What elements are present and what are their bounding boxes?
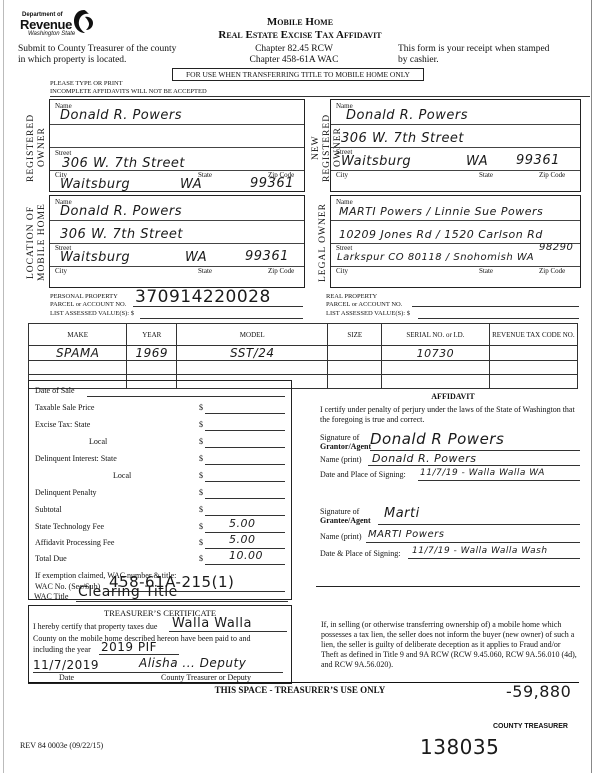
label-line2: Grantor/Agent: [320, 442, 371, 451]
grantee-signature-label: Signature of Grantee/Agent: [320, 507, 371, 525]
submit-line1: Submit to County Treasurer of the county: [18, 44, 218, 55]
cell-make[interactable]: SPAMA: [29, 346, 127, 361]
fee-label: Local: [113, 471, 131, 480]
real-parcel-label: REAL PROPERTY PARCEL or ACCOUNT NO.: [326, 293, 402, 308]
label-line1: Signature of: [320, 507, 371, 516]
legal-owner-box: Name MARTI Powers / Linnie Sue Powers 10…: [330, 195, 581, 288]
col-serial: SERIAL NO. or I.D.: [382, 324, 490, 346]
registered-owner-section-label: REGISTERED OWNER: [26, 100, 50, 195]
new-owner-name[interactable]: Donald R. Powers: [346, 108, 468, 123]
cell-size[interactable]: [328, 346, 382, 361]
rule: [331, 147, 580, 148]
treasurer-line3: including the year: [33, 645, 91, 654]
city-label: City: [336, 171, 348, 179]
rule: [50, 220, 304, 221]
fee-label: Delinquent Interest: State: [35, 454, 117, 463]
label-line2: PARCEL or ACCOUNT NO.: [326, 301, 402, 309]
taxable-sale-price-field[interactable]: [205, 413, 285, 414]
label-line1: Signature of: [320, 433, 371, 442]
new-owner-street[interactable]: 306 W. 7th Street: [341, 131, 464, 146]
zip-label: Zip Code: [268, 267, 294, 275]
rule: [50, 124, 304, 125]
table-row: [29, 361, 578, 375]
legal-owner-city[interactable]: Larkspur CO 80118 / Snohomish WA: [337, 252, 534, 263]
dollar-sign: $: [199, 505, 203, 514]
instruction-line2: INCOMPLETE AFFIDAVITS WILL NOT BE ACCEPT…: [50, 88, 207, 96]
date-of-sale-field[interactable]: [87, 396, 285, 397]
city-label: City: [336, 267, 348, 275]
rule: [169, 631, 287, 632]
excise-state-field[interactable]: [205, 430, 285, 431]
for-use-banner: FOR USE WHEN TRANSFERRING TITLE TO MOBIL…: [172, 68, 424, 81]
personal-parcel-value[interactable]: 370914220028: [135, 287, 271, 307]
personal-parcel-label: PERSONAL PROPERTY PARCEL or ACCOUNT NO.: [50, 293, 126, 308]
subtotal-field[interactable]: [205, 515, 285, 516]
wac-title-value[interactable]: Clearing Title: [78, 584, 178, 600]
receipt-line1: This form is your receipt when stamped: [398, 44, 588, 55]
cell-tax-code[interactable]: [489, 361, 577, 375]
fees-box: Date of Sale Taxable Sale Price $ Excise…: [28, 380, 292, 600]
dollar-sign: $: [199, 454, 203, 463]
dollar-sign: $: [199, 437, 203, 446]
section-label-line1: REGISTERED: [26, 113, 36, 181]
col-model: MODEL: [177, 324, 328, 346]
divider: [28, 682, 579, 683]
label-line1: PERSONAL PROPERTY: [50, 293, 126, 301]
registered-owner-city[interactable]: Waitsburg: [60, 177, 130, 192]
section-label-line1: LOCATION OF: [26, 206, 36, 279]
registered-owner-zip[interactable]: 99361: [250, 176, 294, 191]
state-label: State: [198, 267, 212, 275]
col-size: SIZE: [328, 324, 382, 346]
rule: [378, 524, 580, 525]
handwritten-amount: -59,880: [506, 682, 571, 701]
location-name[interactable]: Donald R. Powers: [60, 204, 182, 219]
dollar-sign: $: [199, 538, 203, 547]
label-line2: PARCEL or ACCOUNT NO.: [50, 301, 126, 309]
form-title-line2: Real Estate Excise Tax Affidavit: [0, 29, 600, 41]
receipt-line2: by cashier.: [398, 55, 588, 66]
rule: [133, 306, 303, 307]
cell-year[interactable]: [127, 361, 177, 375]
personal-assessed-label: LIST ASSESSED VALUE(S): $: [50, 310, 134, 318]
location-state[interactable]: WA: [185, 250, 207, 265]
cell-size[interactable]: [328, 361, 382, 375]
rule: [99, 654, 179, 655]
new-owner-city[interactable]: Waitsburg: [341, 154, 411, 169]
dollar-sign: $: [199, 420, 203, 429]
grantee-signature[interactable]: Marti: [384, 506, 420, 521]
form-id: REV 84 0003e (09/22/15): [20, 741, 103, 750]
rule: [366, 542, 580, 543]
legal-owner-street[interactable]: 10209 Jones Rd / 1520 Carlson Rd: [339, 228, 543, 241]
new-owner-zip[interactable]: 99361: [516, 153, 560, 168]
state-technology-fee-value[interactable]: 5.00: [229, 517, 256, 530]
section-label-line1: NEW REGISTERED: [311, 113, 332, 181]
affidavit-title: AFFIDAVIT: [326, 392, 580, 401]
state-label: State: [479, 171, 493, 179]
grantor-name[interactable]: Donald R. Powers: [372, 452, 476, 465]
fee-label: Taxable Sale Price: [35, 403, 94, 412]
rule: [50, 170, 304, 171]
affidavit-processing-fee-value[interactable]: 5.00: [229, 533, 256, 546]
fee-label: Excise Tax: State: [35, 420, 90, 429]
new-registered-owner-box: Name Donald R. Powers 306 W. 7th Street …: [330, 99, 581, 192]
grantor-signature[interactable]: Donald R Powers: [370, 430, 504, 448]
total-due-value[interactable]: 10.00: [229, 549, 263, 562]
rule: [331, 124, 580, 125]
chapter-wac: Chapter 458-61A WAC: [234, 55, 354, 66]
fee-label: Local: [89, 437, 107, 446]
submit-line2: in which property is located.: [18, 55, 218, 66]
legal-owner-name[interactable]: MARTI Powers / Linnie Sue Powers: [339, 205, 543, 218]
fee-label: Total Due: [35, 554, 67, 563]
rule: [50, 243, 304, 244]
rule: [408, 558, 580, 559]
rule: [50, 147, 304, 148]
grantee-date-place[interactable]: 11/7/19 - Walla Walla Wash: [412, 546, 548, 556]
treasurer-date[interactable]: 11/7/2019: [33, 658, 99, 672]
new-owner-state[interactable]: WA: [466, 154, 488, 169]
receipt-notice: This form is your receipt when stamped b…: [398, 44, 588, 66]
street-label: Street: [336, 244, 352, 252]
rule: [76, 601, 288, 602]
real-parcel-field[interactable]: [412, 306, 579, 307]
label-line1: REAL PROPERTY: [326, 293, 402, 301]
divider: [316, 586, 580, 587]
rule: [50, 266, 304, 267]
delinquent-interest-local-field[interactable]: [205, 481, 285, 482]
tax-lien-notice: If, in selling (or otherwise transferrin…: [321, 620, 579, 670]
dollar-sign: $: [199, 488, 203, 497]
cell-tax-code[interactable]: [489, 375, 577, 389]
real-assessed-label: LIST ASSESSED VALUE(S): $: [326, 310, 410, 318]
col-make: MAKE: [29, 324, 127, 346]
zip-label: Zip Code: [539, 267, 565, 275]
delinquent-interest-state-field[interactable]: [205, 464, 285, 465]
scan-edge-left: [3, 0, 4, 773]
treasurer-signature[interactable]: Alisha ... Deputy: [139, 656, 246, 670]
dollar-sign: $: [199, 403, 203, 412]
registered-owner-name[interactable]: Donald R. Powers: [60, 108, 182, 123]
dollar-sign: $: [199, 471, 203, 480]
rule: [368, 465, 580, 466]
registered-owner-state[interactable]: WA: [180, 177, 202, 192]
zip-label: Zip Code: [539, 171, 565, 179]
grantee-date-place-label: Date & Place of Signing:: [320, 549, 400, 558]
city-label: City: [55, 267, 67, 275]
excise-local-field[interactable]: [205, 447, 285, 448]
grantor-signature-label: Signature of Grantor/Agent: [320, 433, 371, 451]
cell-size[interactable]: [328, 375, 382, 389]
personal-assessed-field[interactable]: [140, 318, 303, 319]
location-section-label: LOCATION OF MOBILE HOME: [26, 195, 50, 290]
chapter-references: Chapter 82.45 RCW Chapter 458-61A WAC: [234, 44, 354, 66]
fee-label: State Technology Fee: [35, 522, 104, 531]
grantee-name[interactable]: MARTI Powers: [368, 529, 444, 540]
dollar-sign: $: [199, 554, 203, 563]
grantee-name-label: Name (print): [320, 532, 362, 541]
location-street[interactable]: 306 W. 7th Street: [60, 227, 183, 242]
location-zip[interactable]: 99361: [245, 249, 289, 264]
cell-year[interactable]: 1969: [127, 346, 177, 361]
grantor-name-label: Name (print): [320, 455, 362, 464]
registered-owner-box: Name Donald R. Powers Street 306 W. 7th …: [49, 99, 305, 192]
form-title-line1: Mobile Home: [0, 16, 600, 28]
legal-owner-zip[interactable]: 98290: [539, 242, 573, 253]
divider: [50, 96, 590, 97]
grantor-date-place[interactable]: 11/7/19 - Walla Walla WA: [420, 468, 545, 478]
treasurer-line1: I hereby certify that property taxes due: [33, 622, 157, 631]
dollar-sign: $: [199, 522, 203, 531]
fee-label: Subtotal: [35, 505, 62, 514]
table-header-row: MAKE YEAR MODEL SIZE SERIAL NO. or I.D. …: [29, 324, 578, 346]
scan-edge-right: [591, 0, 592, 773]
state-label: State: [479, 267, 493, 275]
treasurer-certificate-box: TREASURER’S CERTIFICATE I hereby certify…: [28, 605, 292, 684]
rule: [205, 564, 285, 565]
grantor-date-place-label: Date and Place of Signing:: [320, 470, 406, 479]
section-label-line2: MOBILE HOME: [37, 204, 47, 282]
cell-model[interactable]: SST/24: [177, 346, 328, 361]
date-label: Date: [59, 673, 74, 682]
real-assessed-field[interactable]: [418, 318, 579, 319]
col-year: YEAR: [127, 324, 177, 346]
registered-owner-street[interactable]: 306 W. 7th Street: [62, 156, 185, 171]
cell-model[interactable]: [177, 361, 328, 375]
cell-serial[interactable]: [382, 361, 490, 375]
signature-label: County Treasurer or Deputy: [161, 673, 251, 682]
affidavit-statement: I certify under penalty of perjury under…: [320, 405, 580, 425]
rule: [370, 450, 580, 451]
col-revenue-tax-code: REVENUE TAX CODE NO.: [489, 324, 577, 346]
fee-label: Delinquent Penalty: [35, 488, 97, 497]
cell-tax-code[interactable]: [489, 346, 577, 361]
rule: [331, 220, 580, 221]
instructions: PLEASE TYPE OR PRINT INCOMPLETE AFFIDAVI…: [50, 80, 207, 96]
date-of-sale-label: Date of Sale: [35, 386, 75, 395]
receipt-number: 138035: [420, 735, 499, 759]
label-line2: Grantee/Agent: [320, 516, 371, 525]
treasurer-year[interactable]: 2019 PIF: [101, 640, 157, 654]
chapter-rcw: Chapter 82.45 RCW: [234, 44, 354, 55]
delinquent-penalty-field[interactable]: [205, 498, 285, 499]
section-label-line2: OWNER: [37, 128, 47, 168]
cell-serial[interactable]: [382, 375, 490, 389]
table-row: SPAMA 1969 SST/24 10730: [29, 346, 578, 361]
cell-serial[interactable]: 10730: [382, 346, 490, 361]
instruction-line1: PLEASE TYPE OR PRINT: [50, 80, 207, 88]
treasurer-county[interactable]: Walla Walla: [172, 616, 252, 631]
location-box: Name Donald R. Powers 306 W. 7th Street …: [49, 195, 305, 288]
fee-label: Affidavit Processing Fee: [35, 538, 114, 547]
cell-make[interactable]: [29, 361, 127, 375]
location-city[interactable]: Waitsburg: [60, 250, 130, 265]
submit-instructions: Submit to County Treasurer of the county…: [18, 44, 218, 66]
county-treasurer-stamp: COUNTY TREASURER: [493, 723, 568, 730]
rule: [418, 480, 580, 481]
spacer: [28, 600, 292, 601]
